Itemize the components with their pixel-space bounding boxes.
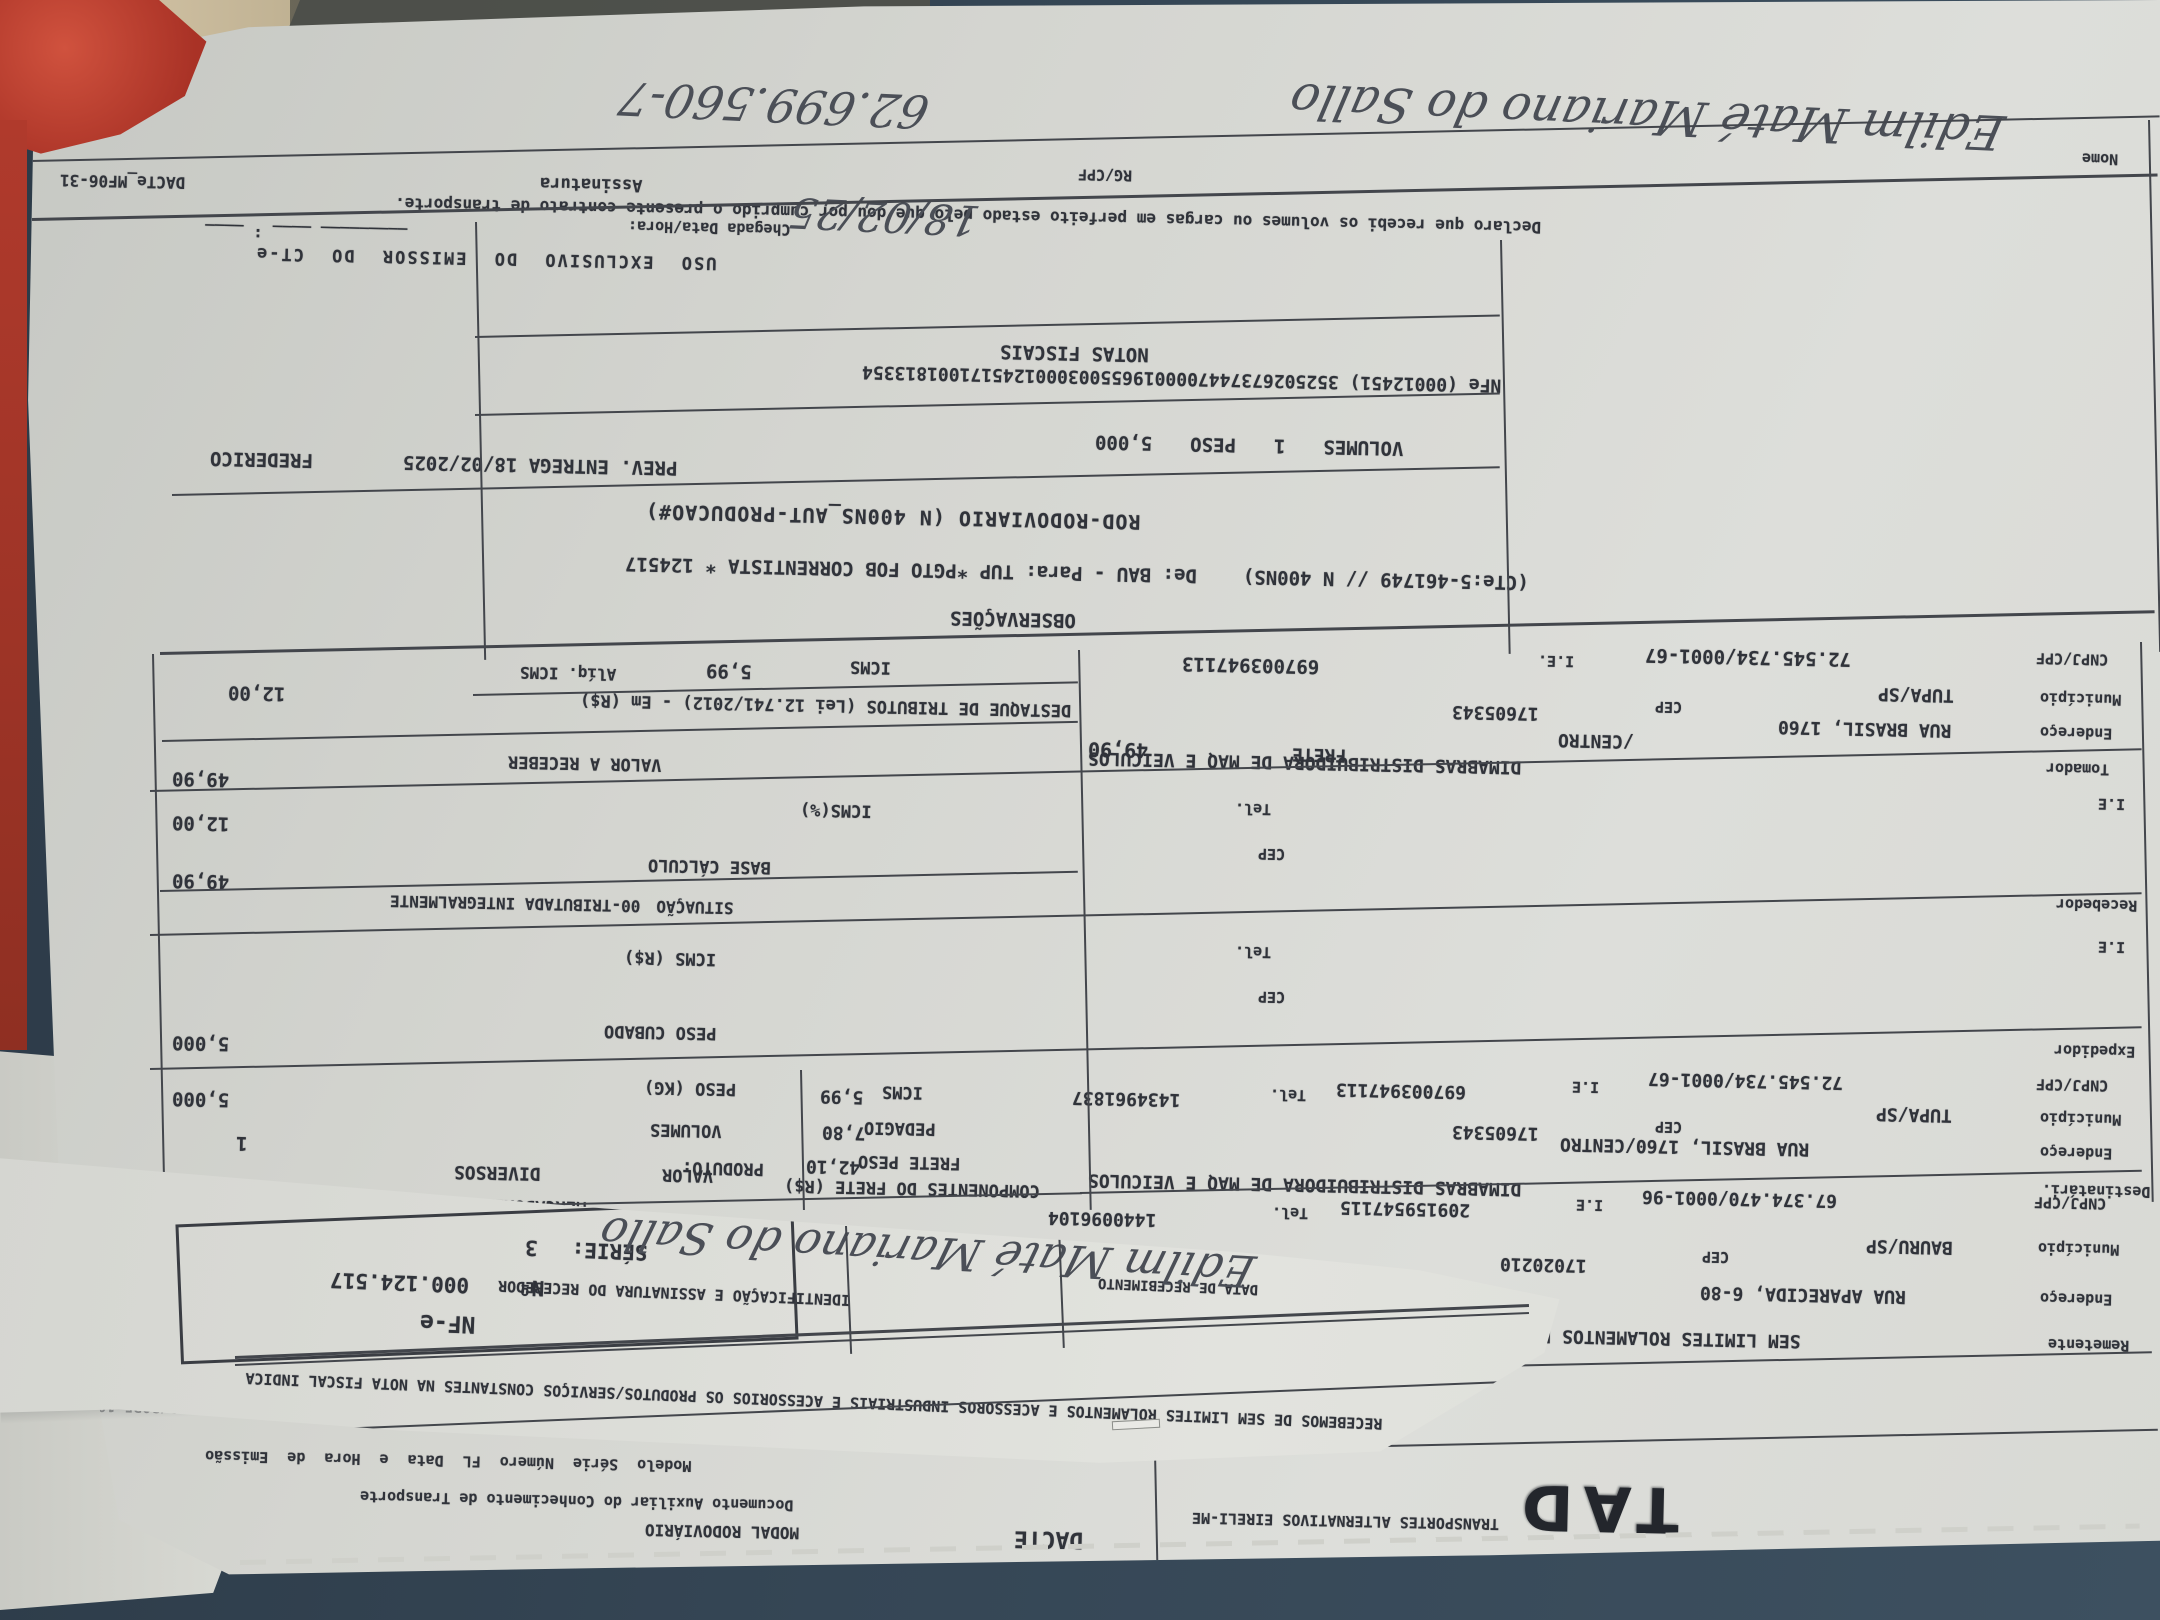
comp-icms-value: 5,99 [820, 1086, 864, 1108]
rem-ie-label: I.E [1576, 1196, 1603, 1215]
volumes-label: VOLUMES [1323, 436, 1404, 460]
prev-entrega-row: PREV. ENTREGA 18/02/2025 FREDERICO [210, 447, 678, 479]
rem-cnpj: 67.374.470/0001-96 [1642, 1186, 1837, 1211]
volumes-merc-label: VOLUMES [650, 1119, 722, 1140]
dest-ie: 697003947113 [1336, 1079, 1466, 1103]
tomador-endereco: RUA BRASIL, 1760 [1778, 716, 1952, 741]
situacao-row: SITUAÇÃO 00-TRIBUTADA INTEGRALMENTE [390, 891, 734, 917]
doc-description: Documento Auxiliar do Conhecimento de Tr… [360, 1487, 794, 1514]
dest-cnpj-label: CNPJ/CPF [2036, 1075, 2109, 1095]
recebedor-ie-label: I.E [2098, 795, 2125, 814]
situacao-label: SITUAÇÃO [656, 897, 733, 918]
dest-municipio: TUPA/SP [1876, 1103, 1952, 1126]
modal-label: MODAL RODOVIÁRIO [645, 1520, 799, 1542]
tributos-icms-label: ICMS [850, 657, 891, 678]
volumes-merc-value: 1 [236, 1132, 248, 1154]
expedidor-tel-label: Tel. [1235, 943, 1271, 962]
rule [2140, 642, 2154, 1202]
prev-entrega: PREV. ENTREGA 18/02/2025 [403, 451, 678, 479]
nfe-label: NF-e [420, 1309, 476, 1337]
rem-tel-label: Tel. [1272, 1204, 1308, 1223]
comp-icms-label: ICMS [882, 1082, 923, 1103]
cte-number: (CTe:5-461749 // N 400NS) [1243, 565, 1529, 593]
rule [160, 871, 1078, 892]
peso-kg-label: PESO (KG) [644, 1077, 737, 1099]
valor-receber-value: 49,90 [172, 767, 230, 790]
icms-pct-value: 12,00 [172, 811, 230, 834]
header-fields-row: Modelo Série Número FL Data e Hora de Em… [205, 1447, 692, 1475]
rem-municipio: BAURU/SP [1866, 1235, 1953, 1258]
nfe-access-key: NFe (00012451) 3525026737447000019655003… [862, 361, 1502, 395]
recebedor-label: Recebedor [2056, 895, 2138, 915]
rem-cep: 17020210 [1500, 1253, 1587, 1276]
rg-label: RG/CPF [1078, 165, 1133, 184]
tomador-cep: 17605343 [1452, 701, 1539, 724]
produto-value: DIVERSOS [454, 1161, 541, 1184]
red-object-edge [0, 120, 27, 1050]
recebedor-cep-label: CEP [1258, 845, 1285, 864]
expedidor-label: Expedidor [2054, 1041, 2136, 1061]
frete-label: FRETE [1292, 743, 1347, 765]
chegada-handwriting: 18/02/25 [785, 188, 984, 245]
peso-cubado-value: 5,000 [172, 1031, 230, 1054]
rule [150, 1026, 2142, 1070]
rule [2148, 120, 2160, 652]
nome-label: Nome [2082, 150, 2118, 169]
peso-kg-value: 5,000 [172, 1087, 230, 1110]
rem-cnpj-label: CNPJ/CPF [2034, 1193, 2107, 1213]
produto-label: PRODUTO: [682, 1157, 764, 1179]
tomador-cnpj-label: CNPJ/CPF [2036, 649, 2109, 669]
tomador-cnpj: 72.545.734/0001-67 [1645, 644, 1851, 670]
rem-tel: 1440096104 [1048, 1207, 1157, 1230]
pedagio-value: 7,80 [822, 1122, 866, 1144]
notas-fiscais-title: NOTAS FISCAIS [1000, 340, 1149, 365]
peso-cubado-label: PESO CUBADO [604, 1021, 717, 1043]
nome-handwriting: Edilm Maté Mariano do Sallo [1284, 72, 2009, 160]
tomador-label: Tomador [2046, 759, 2110, 778]
tomador-cep-label: CEP [1655, 698, 1682, 717]
rem-municipio-label: Município [2038, 1239, 2120, 1259]
rem-endereco-label: Endereço [2040, 1289, 2113, 1309]
tomador-ie: 697003947113 [1182, 653, 1320, 678]
tomador-ie-label: I.E. [1538, 652, 1574, 671]
tributos-icms-value: 5,99 [706, 660, 752, 683]
rg-handwriting: 62.699.560-7 [614, 71, 934, 138]
rem-ie: 209159547115 [1340, 1197, 1470, 1221]
frete-value: 49,90 [1088, 737, 1149, 762]
uso-exclusivo-label: USO EXCLUSIVO DO EMISSOR DO CT-e [255, 243, 717, 273]
dacte-ref-label: DACTe_MF06-31 [60, 171, 186, 193]
dest-endereco-label: Endereço [2040, 1143, 2113, 1163]
dest-municipio-label: Município [2040, 1109, 2122, 1129]
recebedor-tel-label: Tel. [1235, 800, 1271, 819]
rule [1078, 650, 1092, 1210]
base-calculo-label: BASE CÁLCULO [648, 855, 771, 878]
tomador-municipio-label: Município [2040, 689, 2122, 709]
frete-peso-value: 42,10 [806, 1155, 861, 1177]
peso-value: 5,000 [1095, 431, 1153, 454]
volumes-peso-row: VOLUMES 1 PESO 5,000 [1095, 431, 1404, 459]
tomador-municipio: TUPA/SP [1878, 683, 1954, 706]
pedagio-label: PEDAGIO [864, 1117, 936, 1138]
tributos-aliq-label: Alíq. ICMS [520, 663, 617, 684]
cte-route-row: (CTe:5-461749 // N 400NS) De: BAU - Para… [625, 553, 1529, 594]
icms-pct-label: ICMS(%) [800, 799, 872, 820]
dest-cep: 17605343 [1452, 1121, 1539, 1144]
dest-cnpj: 72.545.734/0001-67 [1648, 1068, 1843, 1093]
dest-tel-label: Tel. [1270, 1086, 1306, 1105]
recebemos-text: RECEBEMOS DE SEM LIMITES ROLAMENTOS E AC… [245, 1369, 1383, 1433]
serie-value: 3 [525, 1236, 539, 1260]
icms-rs-label: ICMS (R$) [624, 947, 717, 969]
tomador-bairro: /CENTRO [1558, 729, 1634, 752]
tributos-aliq-value: 12,00 [228, 681, 286, 704]
situacao-value: 00-TRIBUTADA INTEGRALMENTE [390, 891, 641, 915]
dest-cep-label: CEP [1655, 1118, 1682, 1137]
rem-cep-label: CEP [1702, 1248, 1729, 1267]
volumes-value: 1 [1274, 435, 1286, 457]
rule [160, 610, 2155, 655]
expedidor-cep-label: CEP [1258, 988, 1285, 1007]
peso-label: PESO [1190, 433, 1236, 456]
rule [162, 721, 1078, 742]
dest-endereco: RUA BRASIL, 1760/CENTRO [1560, 1133, 1810, 1159]
valor-receber-label: VALOR A RECEBER [508, 751, 662, 774]
rule [475, 222, 486, 660]
conferente: FREDERICO [210, 447, 313, 471]
assinatura-label: Assinatura [540, 173, 643, 195]
chegada-label: Chegada Data/Hora: [628, 217, 791, 238]
rule [475, 393, 1500, 416]
dest-ie-label: I.E [1572, 1078, 1599, 1097]
expedidor-ie-label: I.E [2098, 938, 2125, 957]
destaque-tributos-title: DESTAQUE DE TRIBUTOS (Lei 12.741/2012) -… [580, 690, 1072, 720]
observacoes-title: OBSERVAÇÕES [950, 607, 1076, 632]
company-name: TRANSPORTES ALTERNATIVOS EIRELI-ME [1192, 1509, 1499, 1533]
rod-line: ROD-RODOVIARIO (N 400NS_AUT-PRODUCAO#) [645, 500, 1141, 534]
rem-endereco: RUA APARECIDA, 6-80 [1700, 1282, 1906, 1307]
route: De: BAU - Para: TUP *PGTO FOB CORRENTIST… [625, 553, 1197, 587]
photo-of-upside-down-dacte-document: DACTe_MF06-31 Assinatura 62.699.560-7 RG… [0, 0, 2160, 1620]
rule [475, 315, 1500, 338]
tomador-endereco-label: Endereço [2040, 723, 2113, 743]
frete-peso-label: FRETE PESO [858, 1151, 961, 1173]
